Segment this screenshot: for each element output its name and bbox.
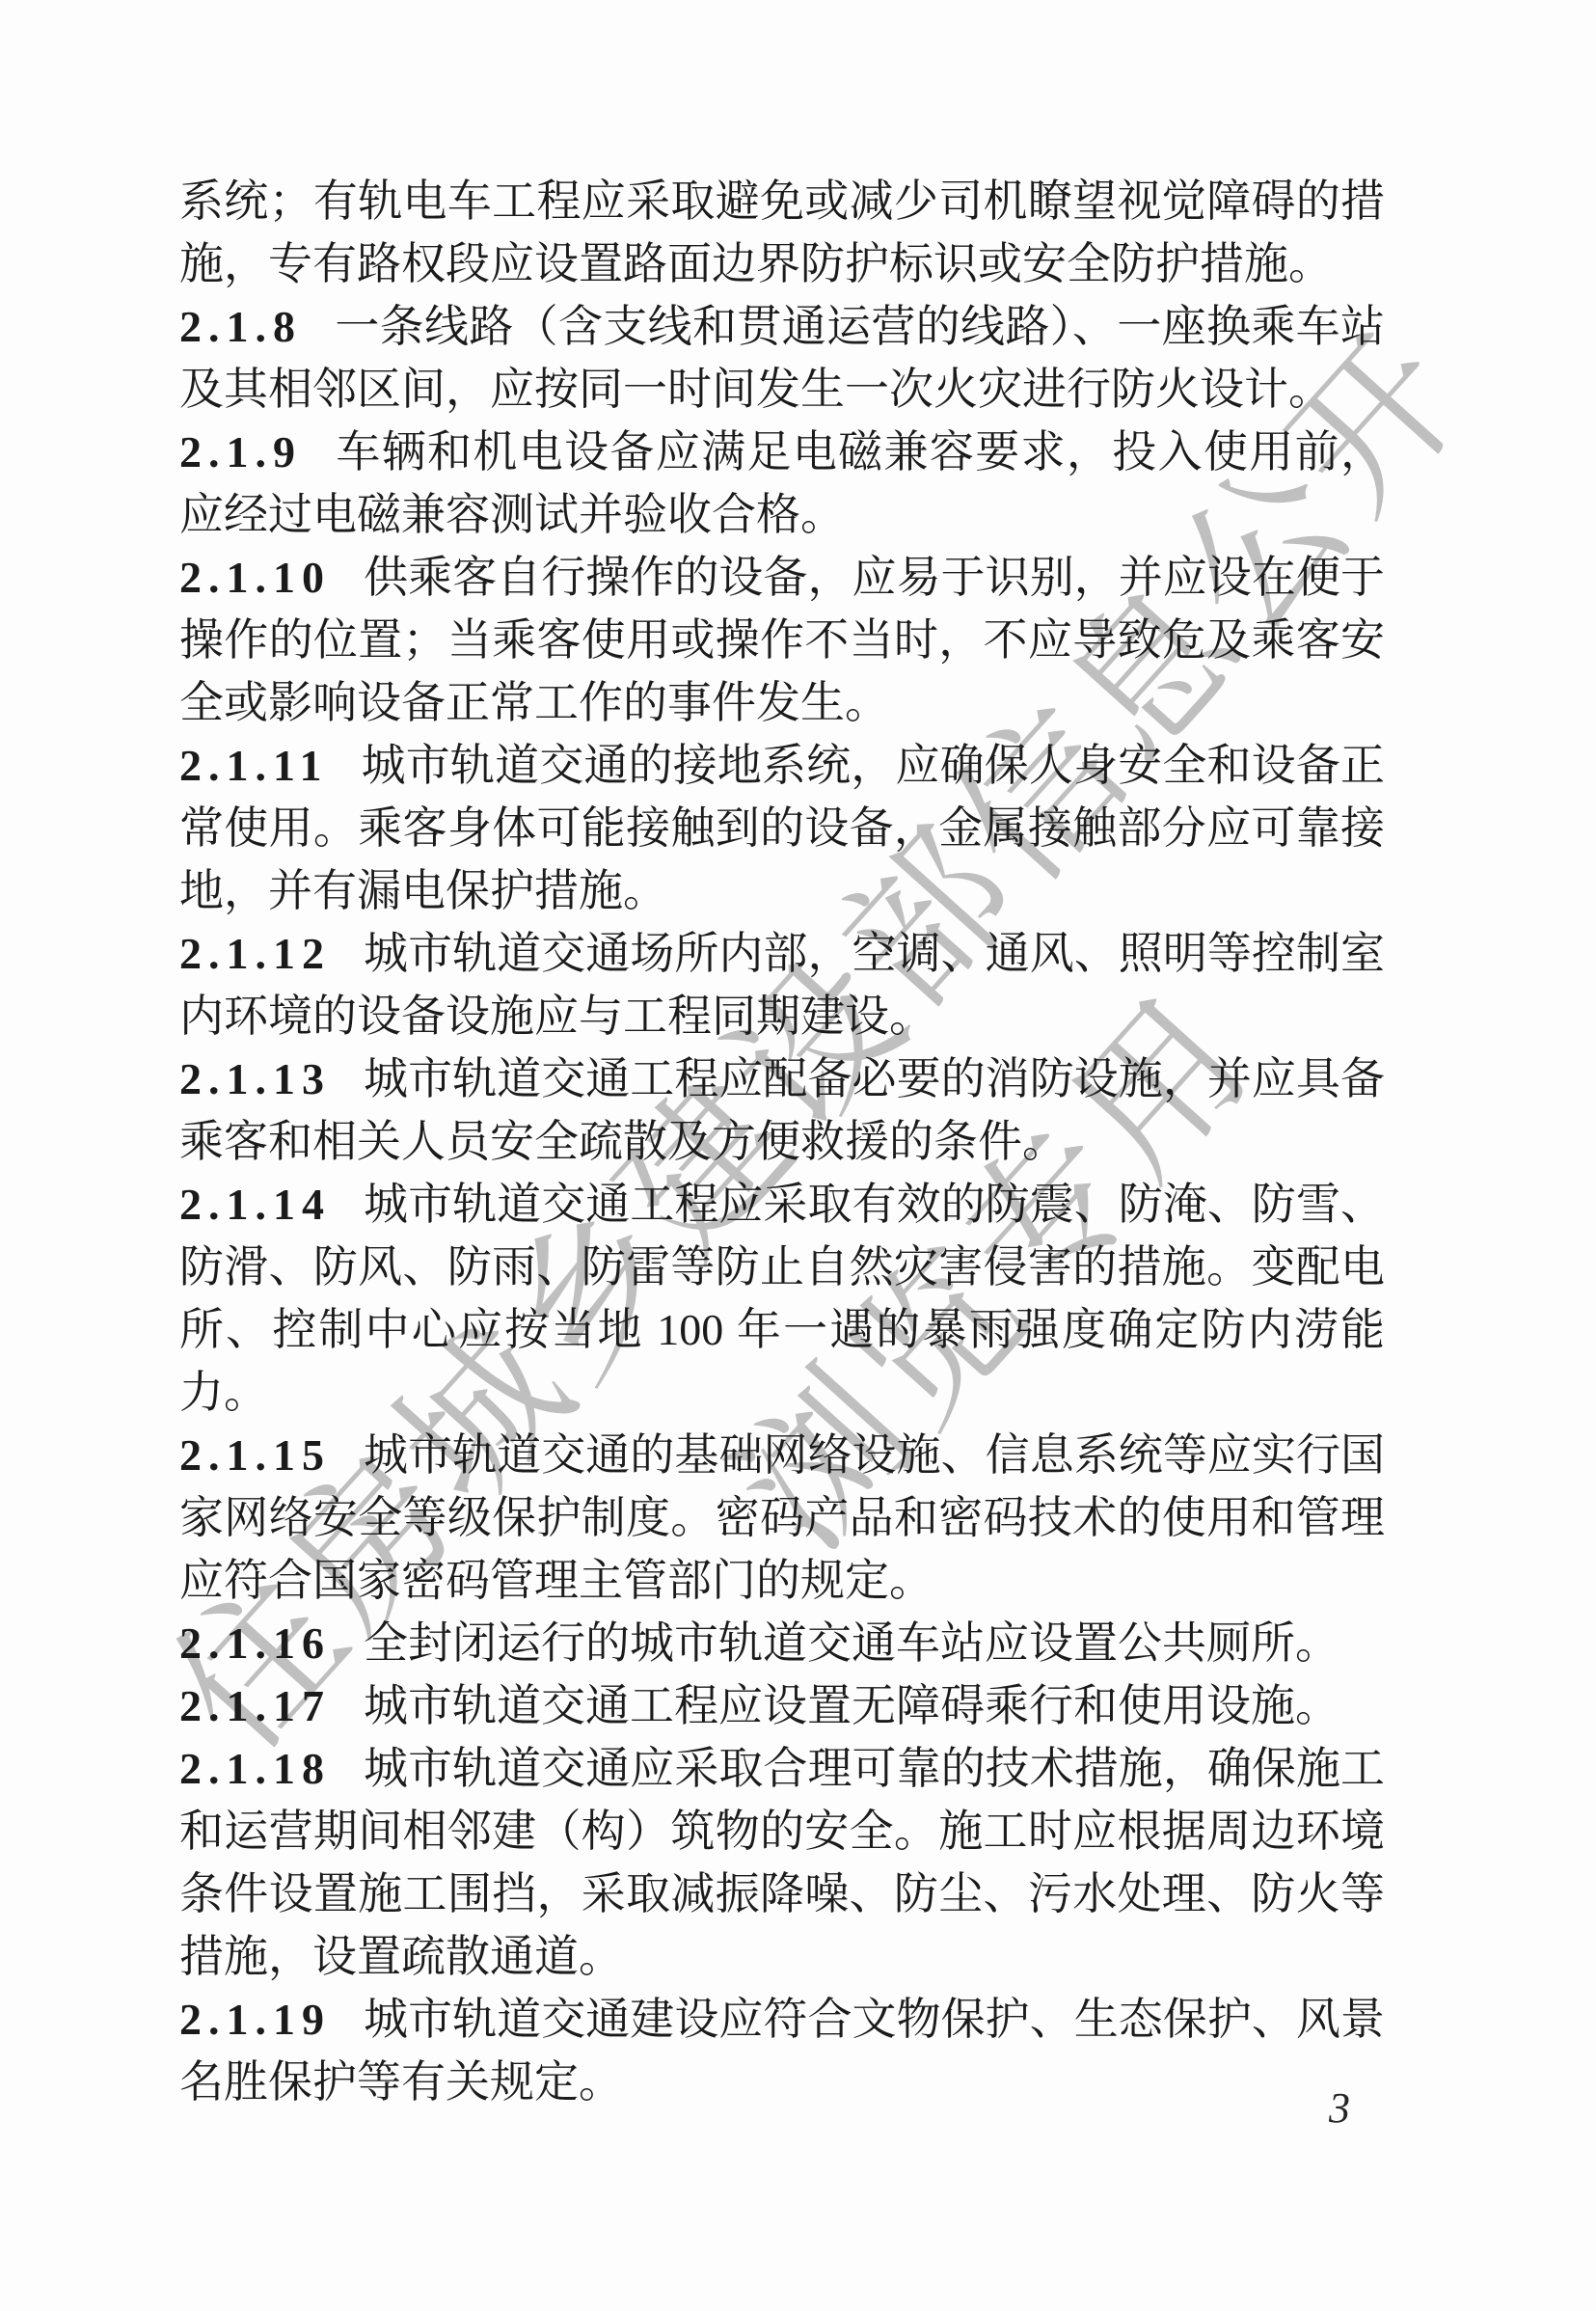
clause-number: 2.1.19 (179, 1995, 331, 2044)
clause-text: 全封闭运行的城市轨道交通车站应设置公共厕所。 (364, 1618, 1339, 1668)
clause-paragraph: 2.1.10供乘客自行操作的设备，应易于识别，并应设在便于操作的位置；当乘客使用… (179, 546, 1385, 734)
clause-text: 城市轨道交通应采取合理可靠的技术措施，确保施工和运营期间相邻建（构）筑物的安全。… (179, 1744, 1385, 1981)
clause-text: 城市轨道交通建设应符合文物保护、生态保护、风景名胜保护等有关规定。 (179, 1995, 1385, 2107)
clause-number: 2.1.12 (179, 929, 331, 978)
clause-text: 一条线路（含支线和贯通运营的线路）、一座换乘车站及其相邻区间，应按同一时间发生一… (179, 302, 1385, 414)
document-page: 住房城乡建设部信息公开 浏览专用 系统；有轨电车工程应采取避免或减少司机瞭望视觉… (0, 0, 1596, 2311)
clause-text: 城市轨道交通的基础网络设施、信息系统等应实行国家网络安全等级保护制度。密码产品和… (179, 1430, 1385, 1605)
clause-paragraph: 2.1.15城市轨道交通的基础网络设施、信息系统等应实行国家网络安全等级保护制度… (179, 1424, 1385, 1612)
clause-paragraph: 2.1.19城市轨道交通建设应符合文物保护、生态保护、风景名胜保护等有关规定。 (179, 1988, 1385, 2113)
clause-paragraph: 2.1.13城市轨道交通工程应配备必要的消防设施，并应具备乘客和相关人员安全疏散… (179, 1047, 1385, 1173)
clause-paragraph: 2.1.12城市轨道交通场所内部，空调、通风、照明等控制室内环境的设备设施应与工… (179, 922, 1385, 1047)
clause-number: 2.1.11 (179, 741, 328, 790)
clause-text: 供乘客自行操作的设备，应易于识别，并应设在便于操作的位置；当乘客使用或操作不当时… (179, 553, 1385, 727)
clause-number: 2.1.10 (179, 553, 331, 602)
clause-paragraph: 2.1.9车辆和机电设备应满足电磁兼容要求，投入使用前，应经过电磁兼容测试并验收… (179, 421, 1385, 546)
clause-paragraph: 2.1.17城市轨道交通工程应设置无障碍乘行和使用设施。 (179, 1674, 1385, 1737)
clause-text: 城市轨道交通工程应设置无障碍乘行和使用设施。 (364, 1681, 1339, 1730)
page-number: 3 (1329, 2083, 1350, 2133)
clause-paragraph: 2.1.14城市轨道交通工程应采取有效的防震、防淹、防雪、防滑、防风、防雨、防雷… (179, 1173, 1385, 1424)
clauses-container: 系统；有轨电车工程应采取避免或减少司机瞭望视觉障碍的措施，专有路权段应设置路面边… (179, 170, 1385, 2113)
clause-paragraph: 2.1.8一条线路（含支线和贯通运营的线路）、一座换乘车站及其相邻区间，应按同一… (179, 295, 1385, 421)
clause-paragraph: 2.1.16全封闭运行的城市轨道交通车站应设置公共厕所。 (179, 1612, 1385, 1674)
clause-paragraph: 2.1.18城市轨道交通应采取合理可靠的技术措施，确保施工和运营期间相邻建（构）… (179, 1737, 1385, 1988)
clause-number: 2.1.18 (179, 1744, 331, 1793)
clause-text: 城市轨道交通场所内部，空调、通风、照明等控制室内环境的设备设施应与工程同期建设。 (179, 929, 1385, 1041)
clause-text: 城市轨道交通的接地系统，应确保人身安全和设备正常使用。乘客身体可能接触到的设备，… (179, 741, 1385, 915)
clause-text: 系统；有轨电车工程应采取避免或减少司机瞭望视觉障碍的措施，专有路权段应设置路面边… (179, 177, 1385, 288)
clause-number: 2.1.16 (179, 1618, 331, 1668)
clause-number: 2.1.9 (179, 427, 302, 476)
clause-number: 2.1.14 (179, 1180, 331, 1229)
clause-number: 2.1.13 (179, 1054, 331, 1103)
clause-paragraph: 2.1.11城市轨道交通的接地系统，应确保人身安全和设备正常使用。乘客身体可能接… (179, 734, 1385, 922)
clause-number: 2.1.17 (179, 1681, 331, 1730)
clause-paragraph: 系统；有轨电车工程应采取避免或减少司机瞭望视觉障碍的措施，专有路权段应设置路面边… (179, 170, 1385, 295)
clause-text: 车辆和机电设备应满足电磁兼容要求，投入使用前，应经过电磁兼容测试并验收合格。 (179, 427, 1385, 539)
clause-number: 2.1.8 (179, 302, 302, 351)
clause-text: 城市轨道交通工程应配备必要的消防设施，并应具备乘客和相关人员安全疏散及方便救援的… (179, 1054, 1385, 1166)
clause-number: 2.1.15 (179, 1430, 331, 1480)
clause-text: 城市轨道交通工程应采取有效的防震、防淹、防雪、防滑、防风、防雨、防雷等防止自然灾… (179, 1180, 1385, 1417)
